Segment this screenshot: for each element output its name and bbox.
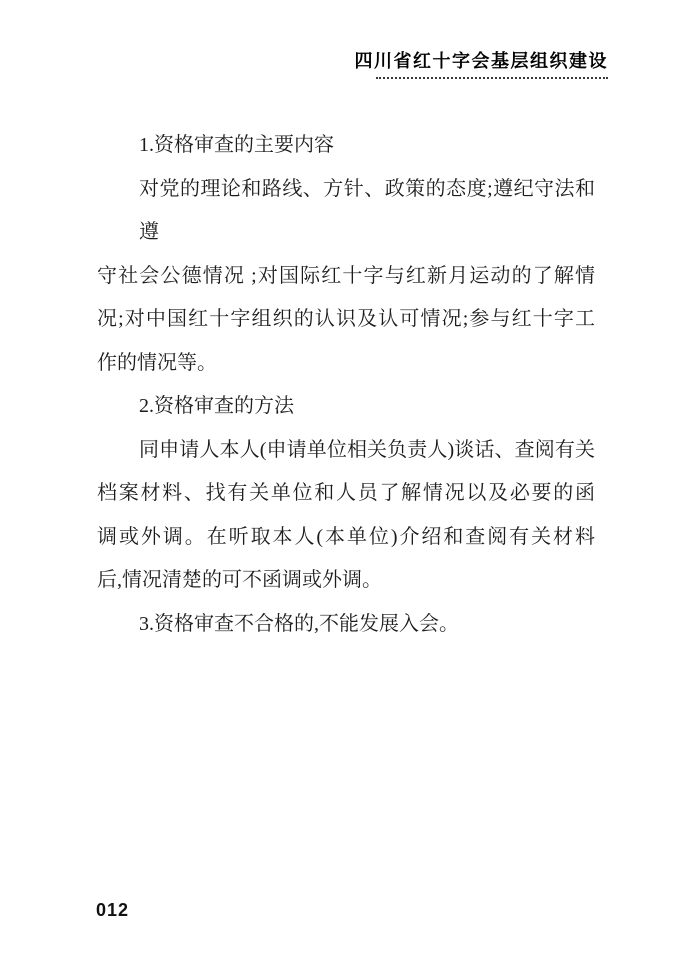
- text-line: 作的情况等。: [97, 342, 595, 386]
- page-number: 012: [96, 900, 129, 921]
- page-header: 四川省红十字会基层组织建设: [355, 47, 609, 79]
- text-line: 同申请人本人(申请单位相关负责人)谈话、查阅有关: [97, 429, 595, 473]
- running-title: 四川省红十字会基层组织建设: [355, 47, 609, 73]
- dotted-rule: [376, 77, 608, 79]
- text-line: 守社会公德情况 ;对国际红十字与红新月运动的了解情: [97, 255, 595, 299]
- text-line: 后,情况清楚的可不函调或外调。: [97, 559, 595, 603]
- text-line: 3.资格审查不合格的,不能发展入会。: [97, 603, 595, 647]
- text-line: 档案材料、找有关单位和人员了解情况以及必要的函: [97, 472, 595, 516]
- text-line: 2.资格审查的方法: [97, 385, 595, 429]
- text-line: 1.资格审查的主要内容: [97, 124, 595, 168]
- body-text: 1.资格审查的主要内容 对党的理论和路线、方针、政策的态度;遵纪守法和遵 守社会…: [97, 124, 595, 646]
- document-page: 四川省红十字会基层组织建设 1.资格审查的主要内容 对党的理论和路线、方针、政策…: [0, 0, 692, 966]
- text-line: 对党的理论和路线、方针、政策的态度;遵纪守法和遵: [97, 168, 595, 255]
- text-line: 调或外调。在听取本人(本单位)介绍和查阅有关材料: [97, 516, 595, 560]
- text-line: 况;对中国红十字组织的认识及认可情况;参与红十字工: [97, 298, 595, 342]
